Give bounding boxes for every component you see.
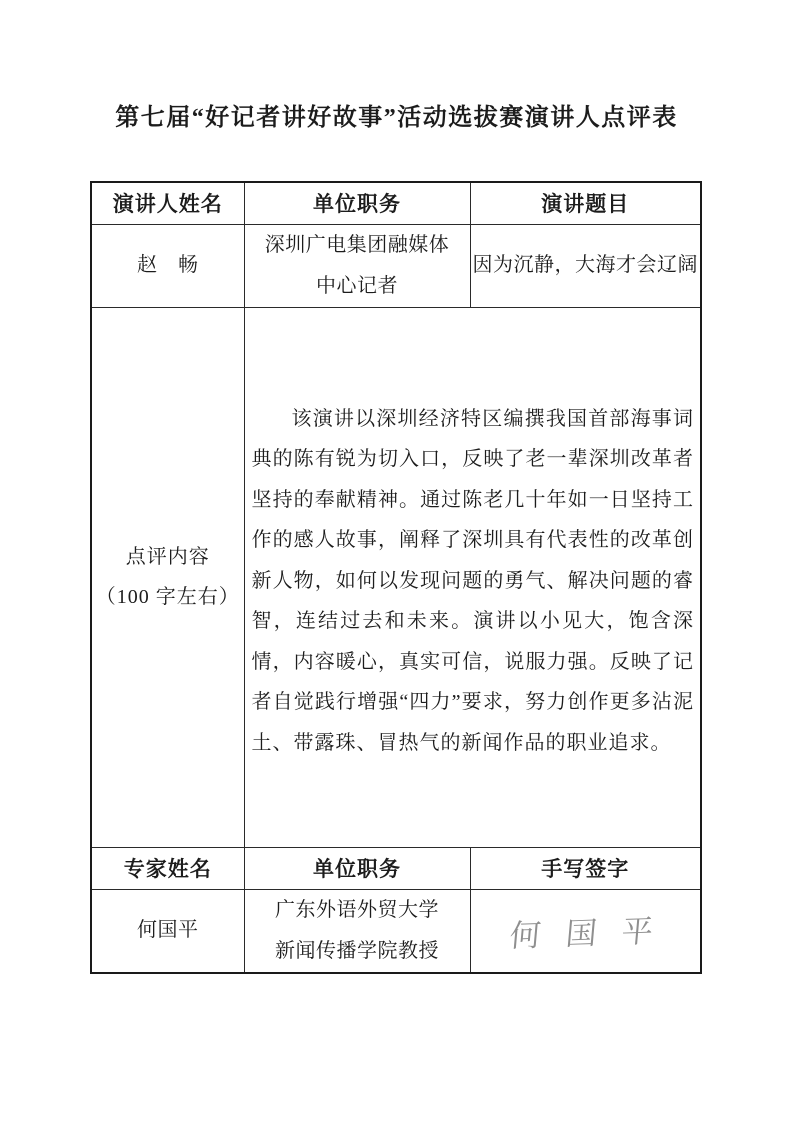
speaker-name-text: 赵 畅 — [137, 245, 199, 286]
speaker-name-cell: 赵 畅 — [91, 224, 244, 307]
comment-row: 点评内容 （100 字左右） 该演讲以深圳经济特区编撰我国首部海事词典的陈有锐为… — [91, 307, 701, 847]
speaker-unit-text: 深圳广电集团融媒体中心记者 — [257, 225, 457, 307]
speaker-unit-cell: 深圳广电集团融媒体中心记者 — [244, 224, 470, 307]
document-page: { "document": { "title": "第七届“好记者讲好故事”活动… — [0, 0, 793, 1122]
expert-name-header: 专家姓名 — [91, 847, 244, 889]
evaluation-table: 演讲人姓名 单位职务 演讲题目 赵 畅 深圳广电集团融媒体中心记者 因为沉静，大… — [90, 181, 702, 974]
signature-cell: 何国平 — [470, 889, 701, 973]
speech-topic-header: 演讲题目 — [470, 182, 701, 224]
comment-label-title: 点评内容 — [92, 537, 244, 577]
speaker-row: 赵 畅 深圳广电集团融媒体中心记者 因为沉静，大海才会辽阔 — [91, 224, 701, 307]
speaker-header-row: 演讲人姓名 单位职务 演讲题目 — [91, 182, 701, 224]
expert-name-cell: 何国平 — [91, 889, 244, 973]
expert-row: 何国平 广东外语外贸大学新闻传播学院教授 何国平 — [91, 889, 701, 973]
speaker-unit-header: 单位职务 — [244, 182, 470, 224]
comment-label-hint: （100 字左右） — [92, 577, 244, 617]
handwritten-signature: 何国平 — [490, 905, 680, 957]
expert-unit-header: 单位职务 — [244, 847, 470, 889]
expert-name-text: 何国平 — [137, 910, 199, 951]
expert-unit-cell: 广东外语外贸大学新闻传播学院教授 — [244, 889, 470, 973]
signature-header: 手写签字 — [470, 847, 701, 889]
expert-header-row: 专家姓名 单位职务 手写签字 — [91, 847, 701, 889]
speech-topic-text: 因为沉静，大海才会辽阔 — [473, 245, 699, 286]
speech-topic-cell: 因为沉静，大海才会辽阔 — [470, 224, 701, 307]
comment-label-cell: 点评内容 （100 字左右） — [91, 307, 244, 847]
comment-text: 该演讲以深圳经济特区编撰我国首部海事词典的陈有锐为切入口，反映了老一辈深圳改革者… — [252, 399, 695, 764]
page-title: 第七届“好记者讲好故事”活动选拔赛演讲人点评表 — [0, 0, 793, 136]
comment-text-cell: 该演讲以深圳经济特区编撰我国首部海事词典的陈有锐为切入口，反映了老一辈深圳改革者… — [244, 307, 701, 847]
speaker-name-header: 演讲人姓名 — [91, 182, 244, 224]
expert-unit-text: 广东外语外贸大学新闻传播学院教授 — [266, 890, 448, 972]
